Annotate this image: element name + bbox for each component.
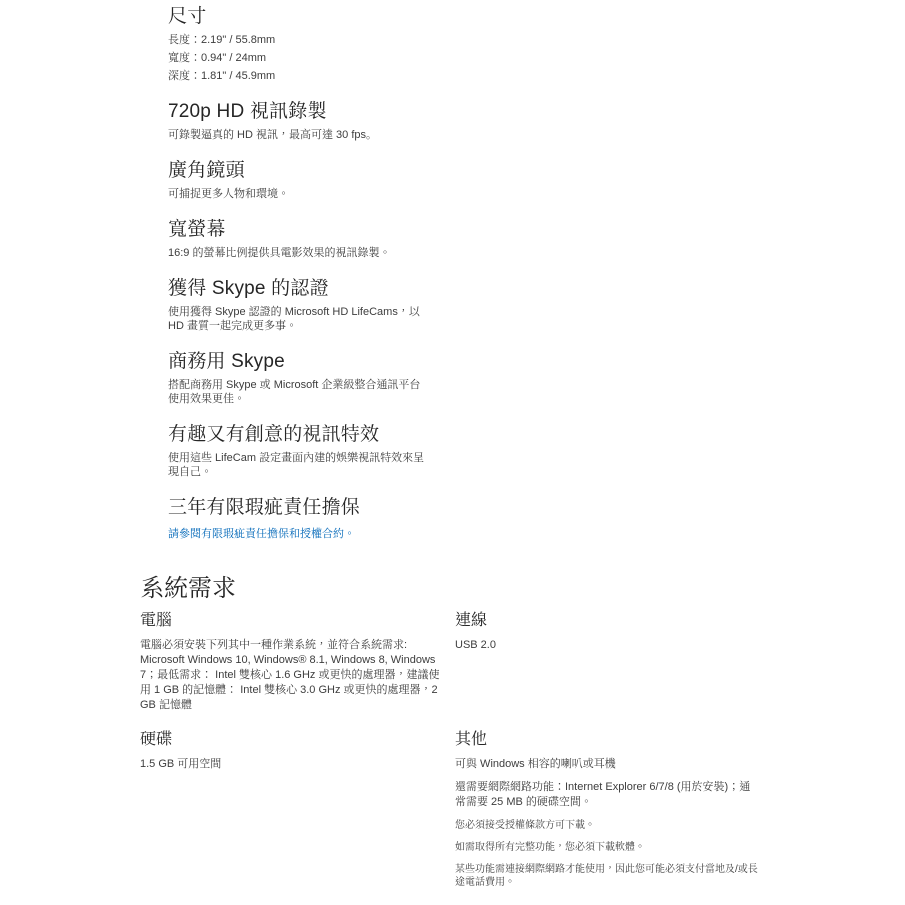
requirement-computer-title: 電腦 bbox=[140, 611, 455, 631]
requirement-other-speakers: 可與 Windows 相容的喇叭或耳機 bbox=[455, 757, 755, 772]
feature-title: 三年有限瑕疵責任擔保 bbox=[168, 497, 905, 519]
feature-title: 商務用 Skype bbox=[168, 351, 905, 373]
requirement-other-title: 其他 bbox=[455, 730, 785, 750]
feature-title: 尺寸 bbox=[168, 6, 905, 28]
feature-title: 廣角鏡頭 bbox=[168, 160, 905, 182]
requirement-hard-drive-title: 硬碟 bbox=[140, 730, 455, 750]
dimension-depth: 深度：1.81" / 45.9mm bbox=[168, 69, 905, 83]
requirement-computer-body: 電腦必須安裝下列其中一種作業系統，並符合系統需求: Microsoft Wind… bbox=[140, 638, 440, 713]
feature-description: 可錄製逼真的 HD 視訊，最高可達 30 fps。 bbox=[168, 128, 426, 142]
feature-title: 寬螢幕 bbox=[168, 219, 905, 241]
feature-description: 搭配商務用 Skype 或 Microsoft 企業級整合通訊平台使用效果更佳。 bbox=[168, 378, 426, 406]
requirement-note-download: 如需取得所有完整功能，您必須下載軟體。 bbox=[455, 841, 763, 854]
feature-wide-angle-lens: 廣角鏡頭 可捕捉更多人物和環境。 bbox=[168, 160, 905, 201]
feature-warranty: 三年有限瑕疵責任擔保 請參閱有限瑕疵責任擔保和授權合約。 bbox=[168, 497, 905, 542]
requirement-other: 其他 可與 Windows 相容的喇叭或耳機 還需要網際網路功能：Interne… bbox=[455, 730, 785, 889]
dimension-width: 寬度：0.94" / 24mm bbox=[168, 51, 905, 65]
feature-title: 720p HD 視訊錄製 bbox=[168, 101, 905, 123]
feature-skype-for-business: 商務用 Skype 搭配商務用 Skype 或 Microsoft 企業級整合通… bbox=[168, 351, 905, 406]
requirement-connection-body: USB 2.0 bbox=[455, 638, 755, 653]
dimension-length: 長度：2.19" / 55.8mm bbox=[168, 33, 905, 47]
product-detail-page: 尺寸 長度：2.19" / 55.8mm 寬度：0.94" / 24mm 深度：… bbox=[0, 0, 905, 905]
requirement-hard-drive-body: 1.5 GB 可用空間 bbox=[140, 757, 440, 772]
feature-title: 獲得 Skype 的認證 bbox=[168, 278, 905, 300]
system-requirements-title: 系統需求 bbox=[140, 575, 905, 603]
requirement-hard-drive: 硬碟 1.5 GB 可用空間 bbox=[140, 730, 455, 889]
requirement-other-internet: 還需要網際網路功能：Internet Explorer 6/7/8 (用於安裝)… bbox=[455, 780, 755, 810]
requirement-connection: 連線 USB 2.0 bbox=[455, 611, 785, 721]
system-requirements-grid: 電腦 電腦必須安裝下列其中一種作業系統，並符合系統需求: Microsoft W… bbox=[140, 611, 905, 889]
feature-description: 使用獲得 Skype 認證的 Microsoft HD LifeCams，以 H… bbox=[168, 305, 426, 333]
feature-description: 使用這些 LifeCam 設定畫面內建的娛樂視訊特效來呈現自己。 bbox=[168, 451, 426, 479]
system-requirements-section: 系統需求 電腦 電腦必須安裝下列其中一種作業系統，並符合系統需求: Micros… bbox=[140, 575, 905, 889]
feature-widescreen: 寬螢幕 16:9 的螢幕比例提供具電影效果的視訊錄製。 bbox=[168, 219, 905, 260]
feature-title: 有趣又有創意的視訊特效 bbox=[168, 424, 905, 446]
feature-skype-certified: 獲得 Skype 的認證 使用獲得 Skype 認證的 Microsoft HD… bbox=[168, 278, 905, 333]
feature-spec-list: 尺寸 長度：2.19" / 55.8mm 寬度：0.94" / 24mm 深度：… bbox=[0, 0, 905, 542]
feature-description: 可捕捉更多人物和環境。 bbox=[168, 187, 426, 201]
requirement-note-license: 您必須接受授權條款方可下載。 bbox=[455, 819, 763, 832]
warranty-license-link[interactable]: 請參閱有限瑕疵責任擔保和授權合約。 bbox=[168, 527, 355, 541]
requirement-note-fees: 某些功能需連接網際網路才能使用，因此您可能必須支付當地及/或長途電話費用。 bbox=[455, 863, 763, 889]
feature-description: 16:9 的螢幕比例提供具電影效果的視訊錄製。 bbox=[168, 246, 426, 260]
requirement-computer: 電腦 電腦必須安裝下列其中一種作業系統，並符合系統需求: Microsoft W… bbox=[140, 611, 455, 721]
feature-hd-video: 720p HD 視訊錄製 可錄製逼真的 HD 視訊，最高可達 30 fps。 bbox=[168, 101, 905, 142]
feature-video-effects: 有趣又有創意的視訊特效 使用這些 LifeCam 設定畫面內建的娛樂視訊特效來呈… bbox=[168, 424, 905, 479]
feature-dimensions: 尺寸 長度：2.19" / 55.8mm 寬度：0.94" / 24mm 深度：… bbox=[168, 6, 905, 83]
requirement-connection-title: 連線 bbox=[455, 611, 785, 631]
